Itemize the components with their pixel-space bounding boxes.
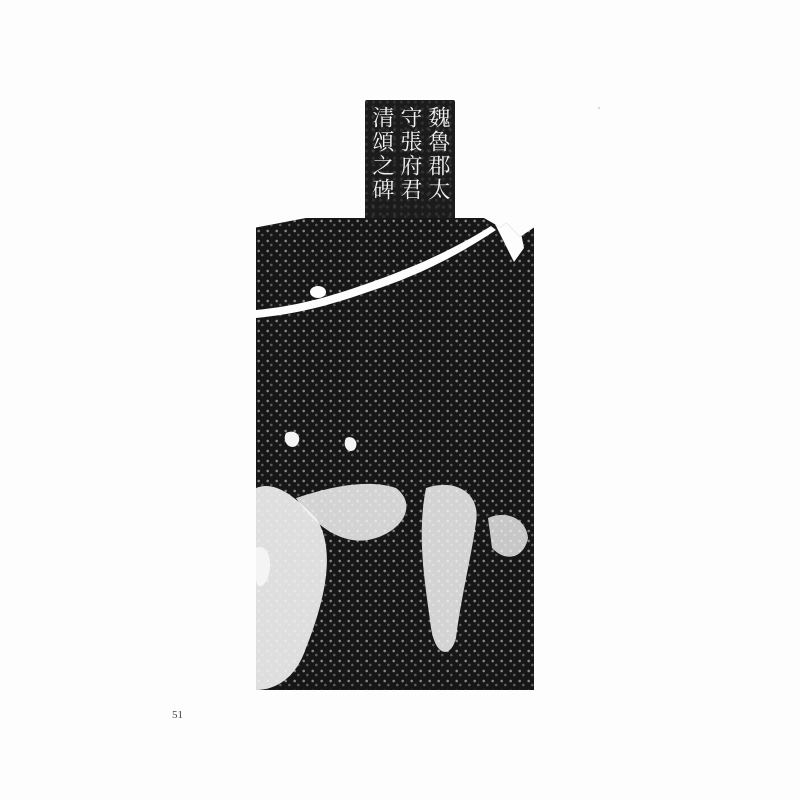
paper-speck: [598, 107, 600, 109]
page-number: 51: [172, 709, 183, 721]
header-inscription: 魏魯郡太 守張府君 清頌之碑: [369, 106, 451, 216]
stele-body-rubbing: [256, 218, 534, 690]
book-page: 魏魯郡太 守張府君 清頌之碑 51: [0, 0, 800, 800]
header-column-3: 清頌之碑: [367, 106, 395, 216]
stele-header-plate: 魏魯郡太 守張府君 清頌之碑: [365, 100, 455, 220]
damage-overlay: [256, 218, 534, 690]
header-column-1: 魏魯郡太: [423, 106, 451, 216]
header-column-2: 守張府君: [395, 106, 423, 216]
